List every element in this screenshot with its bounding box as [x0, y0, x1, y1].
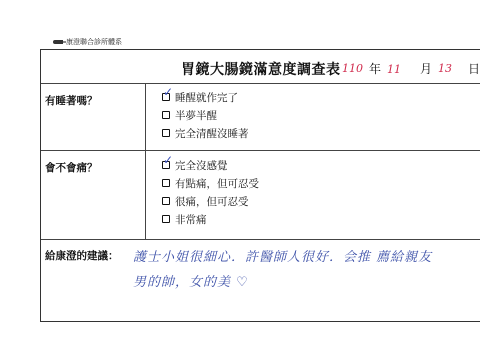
option-extremely-painful[interactable]: 非常痛 [162, 210, 259, 228]
divider [41, 150, 480, 151]
survey-form: 胃鏡大腸鏡滿意度調查表 110 年 11 月 13 日 有睡著嗎？ 睡醒就作完了… [40, 49, 480, 322]
date-month-label: 月 [420, 60, 432, 77]
organization-header: 康澄聯合診所體系 [53, 37, 122, 47]
divider [41, 83, 480, 84]
date-year-value[interactable]: 110 [342, 62, 363, 75]
question-sleep-options: 睡醒就作完了 半夢半醒 完全清醒沒睡著 [162, 88, 249, 142]
question-sleep-label: 有睡著嗎？ [45, 93, 98, 108]
form-title: 胃鏡大腸鏡滿意度調查表 [181, 59, 341, 79]
logo-icon [53, 40, 63, 44]
checkbox-icon[interactable] [162, 129, 170, 137]
option-label: 完全清醒沒睡著 [175, 126, 249, 141]
checkbox-checked-icon[interactable] [162, 161, 170, 169]
suggestion-label: 給康澄的建議： [45, 248, 119, 263]
option-label: 半夢半醒 [175, 108, 217, 123]
option-asleep-done[interactable]: 睡醒就作完了 [162, 88, 249, 106]
option-label: 很痛，但可忍受 [175, 194, 249, 209]
checkbox-checked-icon[interactable] [162, 93, 170, 101]
option-no-feeling[interactable]: 完全沒感覺 [162, 156, 259, 174]
divider [41, 239, 480, 240]
organization-name: 康澄聯合診所體系 [66, 37, 122, 47]
option-label: 睡醒就作完了 [175, 90, 238, 105]
checkbox-icon[interactable] [162, 215, 170, 223]
suggestion-text-line1[interactable]: 護士小姐很細心．許醫師人很好．会推 薦給親友 [133, 246, 432, 265]
question-pain-label: 會不會痛？ [45, 160, 98, 175]
option-very-painful-tolerable[interactable]: 很痛，但可忍受 [162, 192, 259, 210]
suggestion-text-line2[interactable]: 男的帥，女的美 ♡ [133, 271, 249, 290]
option-half-asleep[interactable]: 半夢半醒 [162, 106, 249, 124]
date-day-label: 日 [468, 60, 480, 77]
date-year-label: 年 [369, 60, 381, 77]
column-divider [145, 83, 146, 239]
option-label: 有點痛，但可忍受 [175, 176, 259, 191]
option-slight-pain[interactable]: 有點痛，但可忍受 [162, 174, 259, 192]
option-label: 非常痛 [175, 212, 207, 227]
option-label: 完全沒感覺 [175, 158, 228, 173]
option-fully-awake[interactable]: 完全清醒沒睡著 [162, 124, 249, 142]
question-pain-options: 完全沒感覺 有點痛，但可忍受 很痛，但可忍受 非常痛 [162, 156, 259, 228]
date-day-value[interactable]: 13 [438, 62, 452, 75]
checkbox-icon[interactable] [162, 179, 170, 187]
date-month-value[interactable]: 11 [387, 63, 401, 76]
checkbox-icon[interactable] [162, 197, 170, 205]
checkbox-icon[interactable] [162, 111, 170, 119]
